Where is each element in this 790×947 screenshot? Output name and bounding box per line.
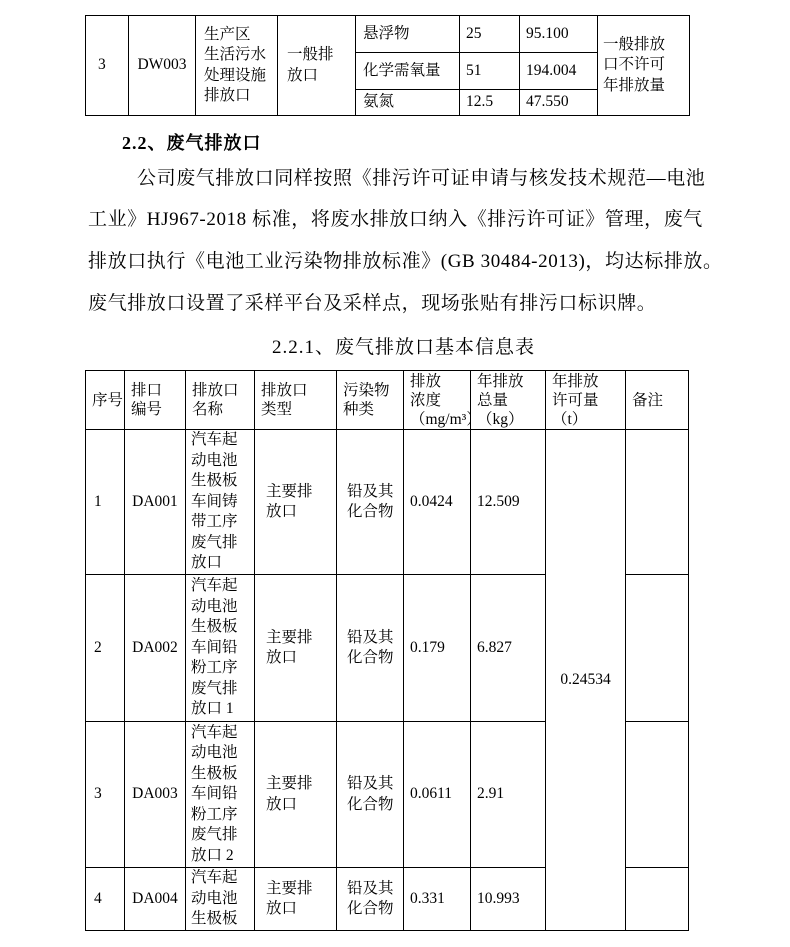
- pollutant-name-cell: 化学需氧量: [356, 53, 460, 90]
- table-row: 3 DW003 生产区 生活污水 处理设施 排放口 一般排 放口 悬浮物 25 …: [86, 16, 690, 53]
- seq-cell: 4: [86, 868, 125, 931]
- concentration-cell: 0.0611: [404, 722, 471, 868]
- annual-total-cell: 10.993: [471, 868, 546, 931]
- pollutant-cell: 铅及其 化合物: [337, 430, 404, 575]
- seq-cell: 3: [86, 722, 125, 868]
- outlet-name-cell: 汽车起 动电池 生极板: [186, 868, 255, 931]
- concentration-cell: 0.331: [404, 868, 471, 931]
- table-row: 1 DA001 汽车起 动电池 生极板 车间铸 带工序 废气排 放口 主要排 放…: [86, 430, 689, 575]
- remark-cell: 一般排放 口不许可 年排放量: [598, 16, 690, 116]
- annual-total-cell: 12.509: [471, 430, 546, 575]
- concentration-cell: 51: [460, 53, 520, 90]
- outlet-code-header: 排口 编号: [125, 371, 186, 430]
- section-heading: 2.2、废气排放口: [122, 129, 262, 155]
- outlet-name-cell: 生产区 生活污水 处理设施 排放口: [196, 16, 278, 116]
- paragraph-line: 公司废气排放口同样按照《排污许可证申请与核发技术规范—电池: [137, 163, 705, 190]
- remark-cell: [626, 868, 689, 931]
- annual-total-cell: 2.91: [471, 722, 546, 868]
- seq-cell: 1: [86, 430, 125, 575]
- outlet-code-cell: DA001: [125, 430, 186, 575]
- outlet-code-cell: DA002: [125, 575, 186, 722]
- permitted-annual-cell: 0.24534: [546, 430, 626, 931]
- remark-header: 备注: [626, 371, 689, 430]
- concentration-cell: 12.5: [460, 90, 520, 116]
- annual-total-cell: 95.100: [520, 16, 598, 53]
- concentration-cell: 25: [460, 16, 520, 53]
- annual-total-cell: 6.827: [471, 575, 546, 722]
- outlet-type-cell: 主要排 放口: [255, 722, 337, 868]
- paragraph-line: 排放口执行《电池工业污染物排放标准》(GB 30484-2013)，均达标排放。: [88, 246, 723, 273]
- outlet-type-header: 排放口 类型: [255, 371, 337, 430]
- pollutant-name-cell: 氨氮: [356, 90, 460, 116]
- remark-cell: [626, 430, 689, 575]
- permitted-header: 年排放 许可量 （t）: [546, 371, 626, 430]
- outlet-type-cell: 主要排 放口: [255, 575, 337, 722]
- annual-total-cell: 194.004: [520, 53, 598, 90]
- seq-cell: 3: [86, 16, 129, 116]
- pollutant-cell: 铅及其 化合物: [337, 722, 404, 868]
- outlet-name-cell: 汽车起 动电池 生极板 车间铅 粉工序 废气排 放口 2: [186, 722, 255, 868]
- annual-total-header: 年排放 总量 （kg）: [471, 371, 546, 430]
- outlet-type-cell: 主要排 放口: [255, 868, 337, 931]
- outlet-name-cell: 汽车起 动电池 生极板 车间铅 粉工序 废气排 放口 1: [186, 575, 255, 722]
- paragraph-line: 工业》HJ967-2018 标准，将废水排放口纳入《排污许可证》管理，废气: [88, 204, 703, 231]
- annual-total-cell: 47.550: [520, 90, 598, 116]
- pollutant-name-cell: 悬浮物: [356, 16, 460, 53]
- table-caption: 2.2.1、废气排放口基本信息表: [272, 332, 535, 359]
- outlet-type-cell: 主要排 放口: [255, 430, 337, 575]
- pollutant-cell: 铅及其 化合物: [337, 575, 404, 722]
- concentration-cell: 0.179: [404, 575, 471, 722]
- seq-cell: 2: [86, 575, 125, 722]
- exhaust-outlet-table: 序号 排口 编号 排放口 名称 排放口 类型 污染物 种类 排放 浓度 （mg/…: [85, 370, 689, 931]
- remark-cell: [626, 575, 689, 722]
- seq-header: 序号: [86, 371, 125, 430]
- pollutant-header: 污染物 种类: [337, 371, 404, 430]
- wastewater-outlet-table: 3 DW003 生产区 生活污水 处理设施 排放口 一般排 放口 悬浮物 25 …: [85, 15, 690, 116]
- outlet-name-cell: 汽车起 动电池 生极板 车间铸 带工序 废气排 放口: [186, 430, 255, 575]
- outlet-code-cell: DW003: [129, 16, 196, 116]
- paragraph-line: 废气排放口设置了采样平台及采样点，现场张贴有排污口标识牌。: [88, 288, 656, 315]
- concentration-header: 排放 浓度 （mg/m³）: [404, 371, 471, 430]
- outlet-name-header: 排放口 名称: [186, 371, 255, 430]
- outlet-code-cell: DA004: [125, 868, 186, 931]
- document-page: 3 DW003 生产区 生活污水 处理设施 排放口 一般排 放口 悬浮物 25 …: [0, 0, 790, 947]
- concentration-cell: 0.0424: [404, 430, 471, 575]
- remark-cell: [626, 722, 689, 868]
- outlet-code-cell: DA003: [125, 722, 186, 868]
- outlet-type-cell: 一般排 放口: [278, 16, 356, 116]
- pollutant-cell: 铅及其 化合物: [337, 868, 404, 931]
- header-row: 序号 排口 编号 排放口 名称 排放口 类型 污染物 种类 排放 浓度 （mg/…: [86, 371, 689, 430]
